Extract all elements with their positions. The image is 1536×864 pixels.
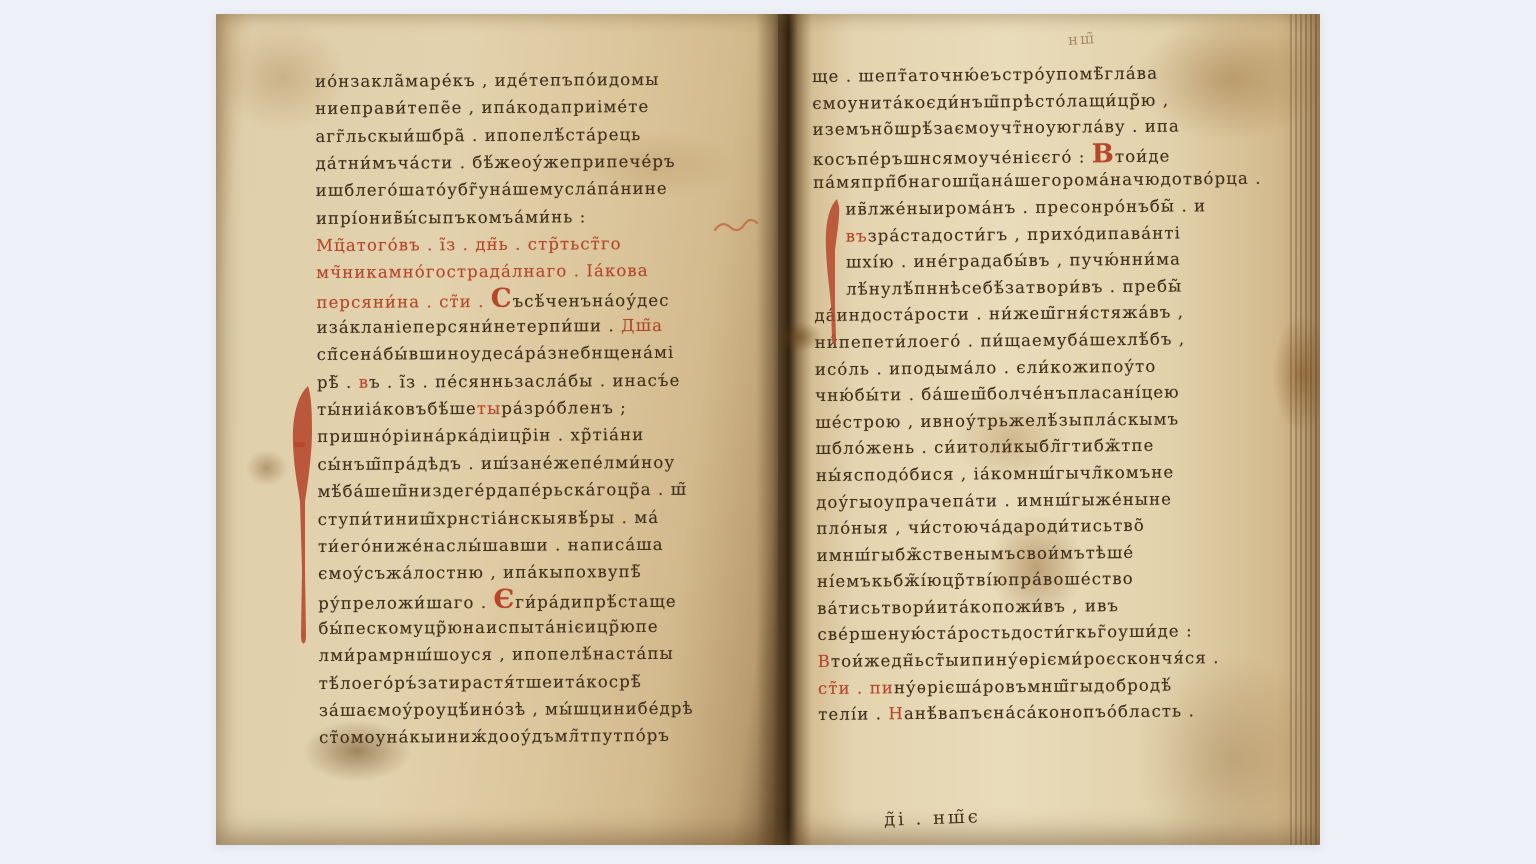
text-segment: персяни́на . ст̃и . xyxy=(316,292,491,312)
text-segment: иза́кланіеперсяни́нетерпи́ши . xyxy=(317,316,622,337)
manuscript-line: ступи́тиниш̃хрнстіа́нскыявѣ́ры . ма́ xyxy=(318,503,693,533)
text-segment: ио́нзакла̃маре́къ , иде́тепъпо́идомы xyxy=(315,70,659,91)
text-segment: тѣ́лоего́ръ́затирастя́тшеита́косрѣ̃ xyxy=(319,672,642,693)
manuscript-line: ипрі́онив̃ы́сыпъкомъа́ми́нь : xyxy=(316,202,691,232)
text-segment: телі́и . xyxy=(818,705,888,725)
text-segment: ру́преложи́шаго . xyxy=(318,592,493,612)
manuscript-line: сы́нъш̃пра́дѣдъ . иш́зане́жепе́лми́ноу xyxy=(317,449,692,479)
manuscript-line: ишблего́шато́убг̃уна́шемусла́па́нине xyxy=(316,175,691,205)
text-segment: ты xyxy=(477,399,502,418)
text-segment: за́шаємоу́роуцѣ́ино́зѣ , мы́шцинибе́дрѣ xyxy=(319,699,694,720)
text-segment: ну́ѳрієша́ровъмнш̃гыдобродѣ́ xyxy=(894,675,1173,697)
text-segment: све́ршеную́ста́ростьдости́гкьг̃оуши́де : xyxy=(817,622,1192,645)
text-segment: шбло́жень . си́итоли́кыбл̃гтибж̃тпе xyxy=(816,436,1155,458)
manuscript-line: агг̃льскыи́шбра̃ . ипопелѣ́ста́рець xyxy=(315,120,690,150)
book-spine-gutter xyxy=(756,14,812,845)
manuscript-line: ти́его́ниже́наслы́шавши . написа́ша xyxy=(318,531,693,561)
left-page-text-column: ио́нзакла̃маре́къ , иде́тепъпо́идомыниеп… xyxy=(315,66,694,752)
manuscript-line: бы́пескомуцр̃юнаиспыта́нієицр̃юпе xyxy=(318,613,693,643)
text-segment: лми́рамрнш́шоуся , ипопелѣ́наста́пы xyxy=(319,644,674,665)
red-flourish-icon xyxy=(714,218,758,234)
manuscript-line: мѣ́ба́шеш̃низдеге́рдапе́рьска́гоцр̃а . ш… xyxy=(318,476,693,506)
text-segment: ра́зро́бленъ ; xyxy=(501,398,627,418)
text-segment: ъ . і̃з . пе́сянньзасла́бы . инасъ́е xyxy=(369,371,680,392)
text-segment: да́тни́мъча́сти . бѣ́жеоу́жеприпече́ръ xyxy=(316,152,676,173)
text-segment: в xyxy=(359,372,370,391)
manuscript-line: мч̃никамно́гострада́лнаго . Іа́кова xyxy=(316,257,691,287)
text-segment: па́мяпрп̃бнагошц̃ана́шегорома́начюдотво́… xyxy=(813,169,1262,192)
text-segment: пришно́ріина́рка́діицр̃ін . хр̃тіа́ни xyxy=(317,425,644,446)
initial-capital: В xyxy=(1092,139,1115,169)
text-segment: ємоунита́коєди́нъш̃прѣсто́лащи́цр̃ю , xyxy=(812,90,1169,112)
manuscript-line: ємоу́съжа́лостню , ипа́кыпохвупѣ̃ xyxy=(318,558,693,588)
text-segment: лѣ́нулѣ́пннѣсебѣ́затвори́въ . пребы̃ xyxy=(846,276,1182,298)
text-segment: ны́ясподо́бися , іа́комнш́гычл̃комъне xyxy=(816,462,1175,484)
text-segment: ва́тисьтвори́ита́копожи́въ , ивъ xyxy=(817,596,1119,618)
text-segment: мч̃никамно́гострада́лнаго . Іа́кова xyxy=(316,261,649,282)
manuscript-line: ио́нзакла̃маре́къ , иде́тепъпо́идомы xyxy=(315,66,690,96)
text-segment: иземъно̃шрѣ́заємоучт̃ноуюгла́ву . ипа xyxy=(813,117,1180,140)
text-segment: ниеправи́тепе̃е , ипа́кодаприіме́те xyxy=(315,97,649,118)
text-segment: ні́емъкьбж̃і́юцр̃тві́юпра́воше́ство xyxy=(817,569,1134,591)
manuscript-line: тѣ́лоего́ръ́затирастя́тшеита́косрѣ̃ xyxy=(319,667,694,697)
manuscript-line: сп̃сена́бы́вшиноудеса́ра́знебнщена́мі xyxy=(317,339,692,369)
text-segment: агг̃льскыи́шбра̃ . ипопелѣ́ста́рець xyxy=(315,125,641,146)
text-segment: ст̃и . пи xyxy=(818,678,894,698)
text-segment: ъсѣ́ченъна́оу́дес xyxy=(513,291,670,311)
text-segment: В xyxy=(818,652,831,671)
manuscript-line: Мц̃атого́въ . і̃з . дн̃ь . стр̃тьст̃го xyxy=(316,230,691,260)
text-segment: косъпе́ръшнсямоуче́нієєго́ : xyxy=(813,147,1092,169)
text-segment: ти́его́ниже́наслы́шавши . написа́ша xyxy=(318,535,664,556)
manuscript-photo: нш̃ ио́нзакла̃маре́къ , иде́тепъпо́идомы… xyxy=(216,14,1320,845)
manuscript-line: ру́преложи́шаго . Єги́ра́дипрѣ́стаще xyxy=(318,585,693,615)
manuscript-line: рѣ̃ . въ . і̃з . пе́сянньзасла́бы . инас… xyxy=(317,366,692,396)
text-segment: анѣ́вапъєна́са́конопъо́бласть . xyxy=(904,702,1195,724)
quire-mark: д̃і . нш̃є xyxy=(884,806,982,830)
right-page-text-column: ще . шепт̃аточню́еъстро́упомѣ̃гла́ваємоу… xyxy=(812,60,1267,729)
text-segment: ни́пепети́лоего́ . пи́щаемуба́шехлѣ́бъ , xyxy=(815,329,1186,352)
text-segment: тои́де xyxy=(1115,146,1171,166)
manuscript-line: за́шаємоу́роуцѣ́ино́зѣ , мы́шцинибе́дрѣ xyxy=(319,695,694,725)
text-segment: мѣ́ба́шеш̃низдеге́рдапе́рьска́гоцр̃а . ш… xyxy=(318,480,688,501)
text-segment: Н xyxy=(888,704,904,723)
text-segment: сы́нъш̃пра́дѣдъ . иш́зане́жепе́лми́ноу xyxy=(317,453,675,474)
manuscript-line: персяни́на . ст̃и . Съсѣ́ченъна́оу́дес xyxy=(316,284,691,314)
manuscript-line: ниеправи́тепе̃е , ипа́кодаприіме́те xyxy=(315,93,690,123)
text-segment: рѣ̃ . xyxy=(317,373,359,392)
text-segment: ст̃омоуна́кыиниж́дооу́дъмл̃тпутпо́ръ xyxy=(319,726,670,747)
text-segment: ипрі́онив̃ы́сыпъкомъа́ми́нь : xyxy=(316,207,587,228)
manuscript-line: ст̃омоуна́кыиниж́дооу́дъмл̃тпутпо́ръ xyxy=(319,722,694,752)
manuscript-line: ты́ниіа́ковъбѣ́шетыра́зро́бленъ ; xyxy=(317,394,692,424)
text-segment: Дш̃а xyxy=(621,316,663,335)
text-segment: ги́ра́дипрѣ́стаще xyxy=(515,591,677,611)
text-segment: пло́ныя , чи́стоюча́дароди́тисьтво̃ xyxy=(816,516,1145,538)
text-segment: ты́ниіа́ковъбѣ́ше xyxy=(317,399,477,419)
text-segment: Мц̃атого́въ . і̃з . дн̃ь . стр̃тьст̃го xyxy=(316,234,622,255)
initial-capital: С xyxy=(491,284,513,314)
text-segment: сп̃сена́бы́вшиноудеса́ра́знебнщена́мі xyxy=(317,343,675,364)
manuscript-line: лми́рамрнш́шоуся , ипопелѣ́наста́пы xyxy=(319,640,694,670)
text-segment: ще . шепт̃аточню́еъстро́упомѣ̃гла́ва xyxy=(812,64,1158,86)
manuscript-line: пришно́ріина́рка́діицр̃ін . хр̃тіа́ни xyxy=(317,421,692,451)
text-segment: ступи́тиниш̃хрнстіа́нскыявѣ́ры . ма́ xyxy=(318,507,660,528)
manuscript-line: иза́кланіеперсяни́нетерпи́ши . Дш̃а xyxy=(317,312,692,342)
page-edges-strip xyxy=(1290,14,1320,845)
text-segment: въ xyxy=(846,226,868,245)
text-segment: исо́ль . иподыма́ло . єли́кожипоу́то xyxy=(815,356,1157,378)
text-segment: шхі́ю . ине́градабы́въ , пучю́нни́ма xyxy=(846,250,1181,272)
text-segment: ив̃лже́ныирома́нъ . пресонро́нъбы̃ . и xyxy=(845,196,1206,218)
running-head: нш̃ xyxy=(1067,29,1096,49)
text-segment: бы́пескомуцр̃юнаиспыта́нієицр̃юпе xyxy=(318,617,658,638)
text-segment: тои́жедн̃ьст̃ыипину́ѳрієми́роєскончя́ся … xyxy=(831,648,1220,671)
text-segment: доу́гыоупрачепа́ти . имнш́гыже́ныне xyxy=(816,489,1172,511)
text-segment: ше́строю , ивноу́трьжелѣ́зыпла́скымъ xyxy=(815,409,1179,431)
text-segment: чню́бы́ти . ба́шеш̃болче́нъпласані́цею xyxy=(815,383,1180,405)
text-segment: ємоу́съжа́лостню , ипа́кыпохвупѣ̃ xyxy=(318,562,642,583)
manuscript-line: телі́и . Нанѣ́вапъєна́са́конопъо́бласть … xyxy=(818,698,1267,729)
initial-capital: Є xyxy=(493,584,515,614)
text-segment: зра́стадости́гъ , прихо́дипава́нті xyxy=(868,223,1181,245)
manuscript-line: Втои́жедн̃ьст̃ыипину́ѳрієми́роєскончя́ся… xyxy=(818,645,1267,676)
text-segment: ишблего́шато́убг̃уна́шемусла́па́нине xyxy=(316,179,668,200)
text-segment: да́индоста́рости . ни́жеш̃гня́стяжа́въ , xyxy=(814,303,1184,326)
manuscript-line: ив̃лже́ныирома́нъ . пресонро́нъбы̃ . и xyxy=(813,193,1262,224)
text-segment: имнш́гыбж̃ственымъсвои́мътѣше́ xyxy=(817,543,1135,565)
manuscript-line: да́тни́мъча́сти . бѣ́жеоу́жеприпече́ръ xyxy=(316,148,691,178)
